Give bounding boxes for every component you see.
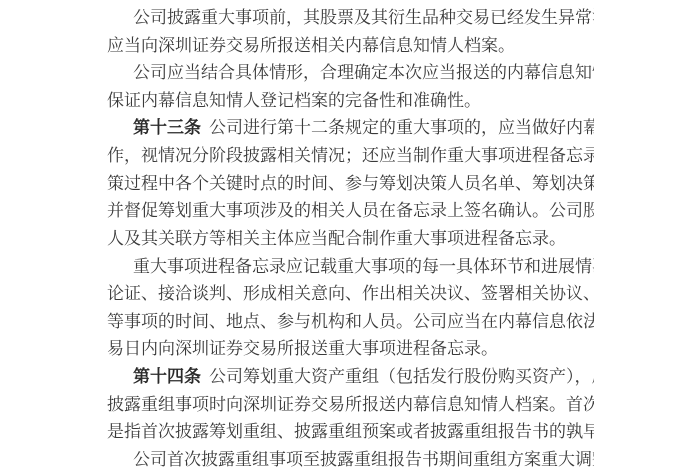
article-13-heading: 第十三条 xyxy=(133,118,201,138)
paragraph-1-line-2: 应当向深圳证券交易所报送相关内幕信息知情人档案。 xyxy=(107,36,594,56)
article-14-heading: 第十四条 xyxy=(133,367,201,387)
article-14-line-2: 披露重组事项时向深圳证券交易所报送内幕信息知情人档案。首次披露重组事项 xyxy=(107,395,594,415)
article-13-line-2: 作，视情况分阶段披露相关情况；还应当制作重大事项进程备忘录，记录筹划决 xyxy=(107,146,594,166)
paragraph-4-line-2: 论证、接洽谈判、形成相关意向、作出相关决议、签署相关协议、履行报批手续 xyxy=(107,284,594,304)
paragraph-4-line-4: 易日内向深圳证券交易所报送重大事项进程备忘录。 xyxy=(107,339,594,359)
paragraph-4-line-3: 等事项的时间、地点、参与机构和人员。公司应当在内幕信息依法披露后 5 个交 xyxy=(107,312,594,332)
document-page: 公司披露重大事项前，其股票及其衍生品种交易已经发生异常波动的，公司 应当向深圳证… xyxy=(0,0,700,470)
article-13-line-5: 人及其关联方等相关主体应当配合制作重大事项进程备忘录。 xyxy=(107,229,594,249)
article-13-text: 公司进行第十二条规定的重大事项的，应当做好内幕信息管理工 xyxy=(209,118,594,138)
article-13-line-4: 并督促筹划重大事项涉及的相关人员在备忘录上签名确认。公司股东、实际控制 xyxy=(107,201,594,221)
article-13-line-3: 策过程中各个关键时点的时间、参与筹划决策人员名单、筹划决策方式等内容， xyxy=(107,174,594,194)
paragraph-4-line-1: 重大事项进程备忘录应记载重大事项的每一具体环节和进展情况，包括方案 xyxy=(133,257,594,277)
article-14-line-3: 是指首次披露筹划重组、披露重组预案或者披露重组报告书的孰早时点。 xyxy=(107,422,594,442)
article-14-line-1: 第十四条公司筹划重大资产重组（包括发行股份购买资产），应当于首次 xyxy=(133,367,594,387)
paragraph-6-line-1: 公司首次披露重组事项至披露重组报告书期间重组方案重大调整、终止重组 xyxy=(133,450,594,470)
paragraph-2-line-2: 保证内幕信息知情人登记档案的完备性和准确性。 xyxy=(107,91,594,111)
article-14-text: 公司筹划重大资产重组（包括发行股份购买资产），应当于首次 xyxy=(209,367,594,387)
article-13-line-1: 第十三条公司进行第十二条规定的重大事项的，应当做好内幕信息管理工 xyxy=(133,118,594,138)
paragraph-2-line-1: 公司应当结合具体情形，合理确定本次应当报送的内幕信息知情人的范围， xyxy=(133,63,594,83)
paragraph-1-line-1: 公司披露重大事项前，其股票及其衍生品种交易已经发生异常波动的，公司 xyxy=(133,8,594,28)
